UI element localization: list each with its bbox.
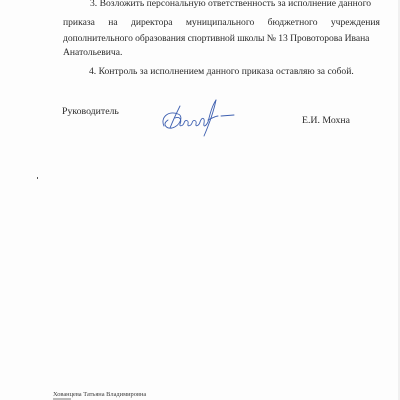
paragraph-3-line-3: дополнительного образования спортивной ш… [63, 33, 369, 44]
signer-name: Е.И. Мохна [302, 115, 350, 126]
word: на [108, 17, 117, 28]
word: бюджетного [268, 17, 318, 28]
document-page: 3. Возложить персональную ответственност… [0, 0, 400, 400]
word: муниципального [186, 17, 254, 28]
scan-speck [37, 177, 38, 179]
signature-icon [158, 96, 238, 142]
paragraph-4: 4. Контроль за исполнением данного прика… [89, 66, 354, 77]
word: директора [131, 17, 173, 28]
executor-name: Хованцева Татьяна Владимировна [53, 391, 146, 398]
word: приказа [63, 17, 95, 28]
paragraph-3-line-2: приказа на директора муниципального бюдж… [63, 17, 380, 28]
word: учреждения [331, 17, 380, 28]
position-label: Руководитель [62, 106, 119, 117]
paragraph-3-line-1: 3. Возложить персональную ответственност… [90, 0, 371, 9]
paragraph-3-line-4: Анатольевича. [63, 47, 122, 58]
